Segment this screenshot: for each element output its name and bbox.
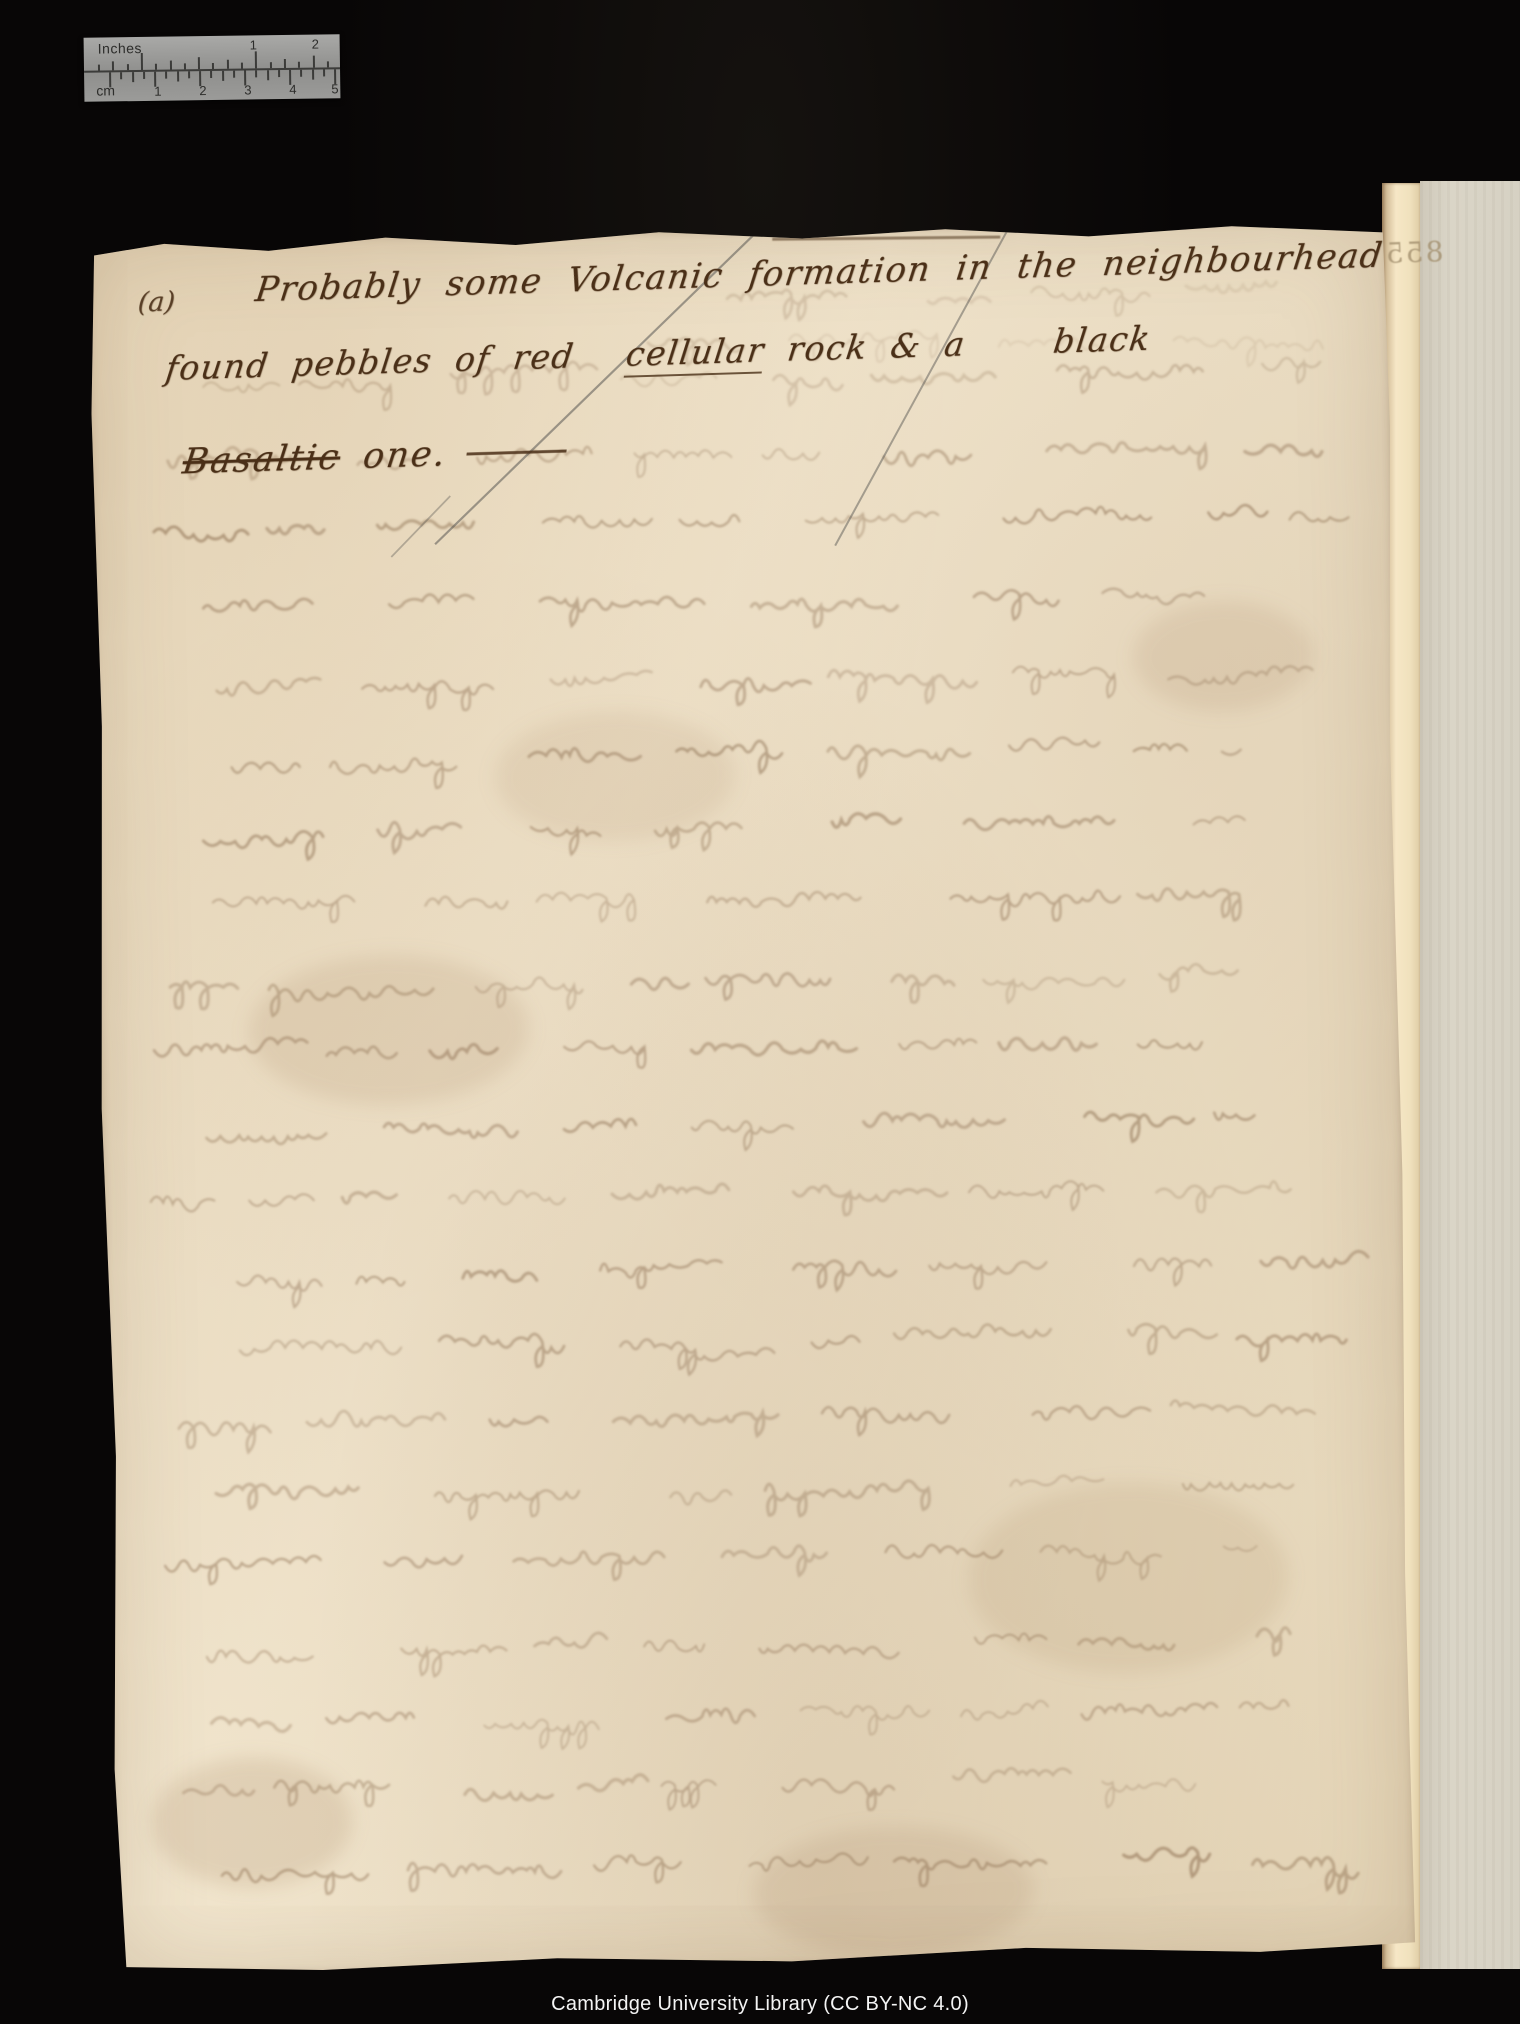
library-credit-caption: Cambridge University Library (CC BY-NC 4… — [0, 1993, 1520, 2016]
ruler-tick — [184, 63, 186, 70]
ruler-tick — [112, 61, 114, 70]
ink-line-3-rest: one. — [361, 434, 450, 477]
ruler-inch-number: 2 — [312, 37, 319, 52]
ruler-tick — [255, 51, 257, 68]
ruler-tick — [127, 64, 129, 71]
ruler-tick — [154, 72, 156, 87]
ruler-tick — [323, 69, 325, 76]
ruler-tick — [109, 72, 111, 87]
ruler-tick — [132, 72, 134, 82]
ruler-tick — [198, 57, 200, 69]
underlying-page-edge — [1420, 181, 1520, 1969]
ruler-tick — [334, 69, 336, 84]
ruler-tick — [298, 61, 300, 68]
ruler-tick — [165, 72, 167, 79]
showthrough-handwriting — [86, 218, 1417, 1977]
ink-line-2-mid: rock & a — [785, 324, 968, 369]
ruler-tick — [210, 71, 212, 78]
ink-word-struck: Basaltic — [180, 437, 343, 482]
ruler-tick — [270, 62, 272, 69]
ruler-tick — [120, 72, 122, 79]
ruler-tick — [188, 71, 190, 78]
ink-word-underlined: cellular — [623, 330, 767, 377]
ruler-tick — [212, 62, 214, 69]
folio-number-showthrough: 855 — [1383, 235, 1444, 270]
ruler-tick — [98, 64, 100, 71]
ruler-tick — [267, 70, 269, 80]
ruler-tick — [327, 61, 329, 68]
measurement-ruler: Inches 1 2 cm 1 2 3 4 5 — [84, 34, 341, 102]
manuscript-page: (a) Probably some Volcanic formation in … — [86, 218, 1417, 1977]
ink-long-dash — [466, 450, 566, 456]
ruler-tick — [141, 53, 143, 70]
ruler-tick — [241, 62, 243, 69]
gap — [964, 353, 1052, 356]
ruler-tick — [312, 56, 314, 68]
ruler-tick — [143, 72, 145, 79]
ruler-tick — [312, 70, 314, 80]
ruler-inches-label: Inches — [98, 40, 142, 57]
ruler-tick — [300, 70, 302, 77]
ruler-tick — [199, 71, 201, 86]
ruler-tick — [222, 71, 224, 81]
ruler-tick — [289, 70, 291, 85]
ruler-cm-label: cm — [96, 82, 115, 98]
ruler-tick — [227, 60, 229, 69]
ruler-tick — [169, 61, 171, 70]
ruler-tick — [284, 59, 286, 68]
scanned-manuscript-photo: { "footer": { "caption": "Cambridge Univ… — [0, 0, 1520, 2024]
note-marker: (a) — [137, 286, 176, 318]
ruler-inch-number: 1 — [250, 37, 257, 52]
ruler-tick — [177, 71, 179, 81]
gap — [573, 366, 625, 368]
ruler-tick — [244, 71, 246, 86]
ruler-tick — [255, 70, 257, 77]
ruler-tick — [278, 70, 280, 77]
ruler-tick — [155, 63, 157, 70]
ruler-tick — [233, 71, 235, 78]
ink-line-2-end: black — [1051, 319, 1153, 361]
